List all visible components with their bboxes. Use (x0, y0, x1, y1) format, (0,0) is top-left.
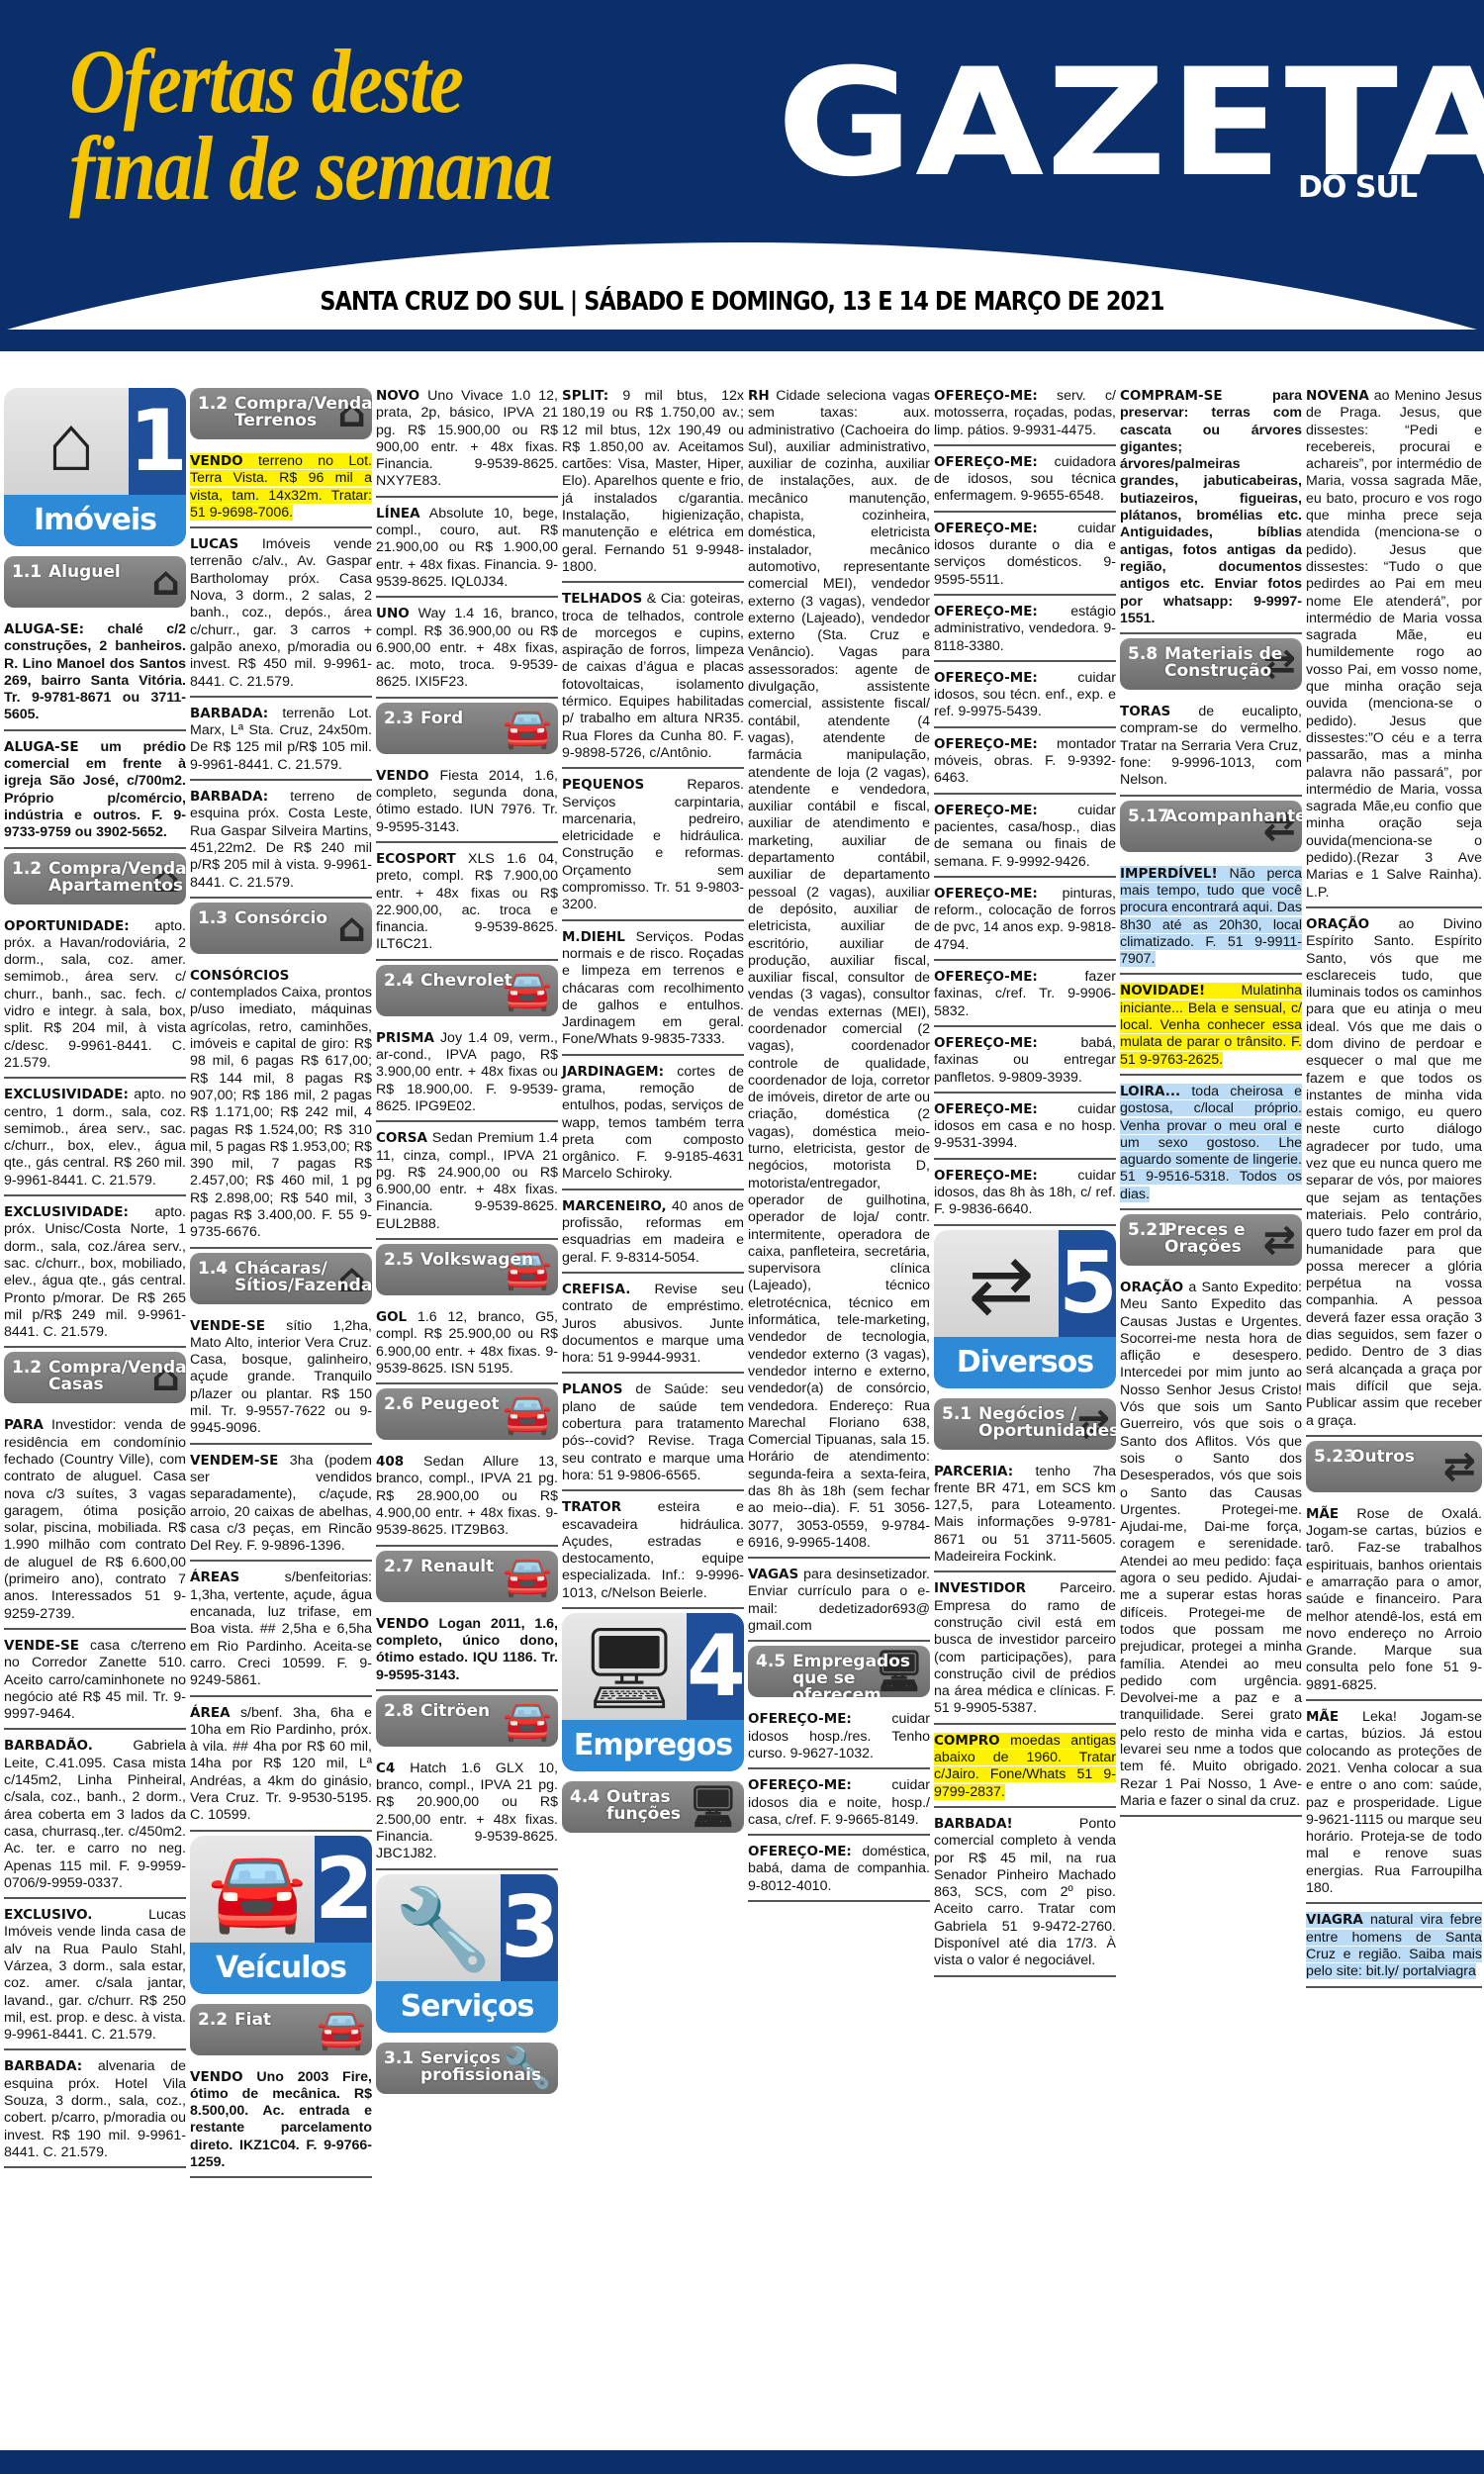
ad-keyword: ÁREAS (190, 1570, 239, 1585)
ad-keyword: OFEREÇO-ME: (934, 1101, 1038, 1117)
masthead: Ofertas deste final de semana GAZETA DO … (0, 0, 1484, 351)
classified-ad[interactable]: OFEREÇO-ME: pinturas, reform., colocação… (934, 882, 1116, 961)
ad-keyword: OPORTUNIDADE: (4, 918, 130, 934)
section-header-consorcio[interactable]: 1.3 Consórcio ⌂ (190, 903, 372, 954)
category-number: 1 (129, 388, 186, 495)
ad-text: Ponto comercial completo à venda por R$ … (934, 1816, 1116, 1968)
office-icon: 🖥 (572, 1623, 687, 1714)
classified-ad[interactable]: EXCLUSIVIDADE: apto. no centro, 1 dorm.,… (4, 1083, 186, 1196)
ad-keyword: OFEREÇO-ME: (748, 1844, 852, 1859)
tagline-line-1: Ofertas deste (69, 38, 607, 125)
ad-keyword: VENDO (376, 1616, 429, 1632)
classified-ad[interactable]: PEQUENOS Reparos. Serviços carpintaria, … (562, 773, 744, 920)
tagline-line-2: final de semana (69, 125, 607, 212)
section-number: 1.1 (12, 564, 42, 581)
section-title: Aluguel (48, 564, 167, 581)
classified-ad[interactable]: COMPRO moedas antigas abaixo de 1960. Tr… (934, 1729, 1116, 1808)
ad-keyword: OFEREÇO-ME: (748, 1777, 852, 1793)
section-number: 1.2 (12, 861, 42, 878)
ad-keyword: TELHADOS (562, 591, 642, 607)
ad-keyword: BARBADA: (190, 789, 268, 805)
classified-ad[interactable]: TORAS de eucalipto, compram-se do vermel… (1120, 700, 1302, 796)
ad-keyword: BARBADA: (190, 706, 268, 721)
ad-keyword: VAGAS (748, 1567, 798, 1582)
ad-text: a Santo Expedito: Meu Santo Expedito das… (1120, 1280, 1302, 1809)
section-header-outras-funcoes[interactable]: 4.4 Outras funções 🖥 (562, 1781, 744, 1833)
ad-text: toda cheirosa e gostosa, c/local próprio… (1120, 1084, 1302, 1202)
column-1: ⌂ 1 Imóveis 1.1 Aluguel ⌂ ALUGA-SE: chal… (4, 384, 186, 2172)
ad-keyword: ALUGA-SE (4, 739, 79, 755)
category-number: 4 (687, 1613, 744, 1720)
section-title: Preces e Orações (1164, 1222, 1283, 1256)
ad-keyword: OFEREÇO-ME: (934, 388, 1038, 404)
ad-keyword: OFEREÇO-ME: (934, 454, 1038, 470)
section-number: 1.4 (198, 1261, 228, 1278)
ad-keyword: C4 (376, 1760, 395, 1776)
ad-text: Parceiro. Empresa do ramo de construção … (934, 1580, 1116, 1716)
category-tile-diversos[interactable]: ⇄ 5 Diversos (934, 1230, 1116, 1388)
ad-text: ao Divino Espírito Santo. Espírito Santo… (1306, 916, 1482, 1429)
ad-keyword: OFEREÇO-ME: (934, 969, 1038, 985)
classified-ad[interactable]: VENDEM-SE 3ha (podem ser vendidos separa… (190, 1449, 372, 1563)
ad-list: CONSÓRCIOS contemplados Caixa, prontos p… (190, 964, 372, 1249)
classified-ad[interactable]: MÃE Leka! Jogam-se cartas, búzios. Já es… (1306, 1705, 1482, 1904)
column-7: COMPRAM-SE para preservar: terras com ca… (1120, 384, 1302, 1821)
classified-ad[interactable]: SPLIT: 9 mil btus, 12x 180,19 ou R$ 1.75… (562, 384, 744, 583)
footer-bar (0, 2450, 1484, 2474)
section-number: 5.23 (1314, 1449, 1355, 1466)
section-title: Negócios / Oportunidades (978, 1406, 1097, 1440)
column-5: RH Cidade seleciona vagas sem taxas: aux… (748, 384, 930, 1906)
ad-keyword: EXCLUSIVIDADE: (4, 1204, 129, 1220)
column-3: NOVO Uno Vivace 1.0 12, prata, 2p, básic… (376, 384, 558, 2104)
category-tile-imoveis[interactable]: ⌂ 1 Imóveis (4, 388, 186, 546)
classified-ad[interactable]: BARBADA: alvenaria de esquina próx. Hote… (4, 2054, 186, 2168)
section-number: 1.2 (12, 1360, 42, 1377)
section-title: Ford (420, 711, 539, 727)
ad-keyword: SPLIT: (562, 388, 608, 404)
ad-keyword: OFEREÇO-ME: (934, 604, 1038, 619)
classified-ad[interactable]: OFEREÇO-ME: cuidar idosos, das 8h às 18h… (934, 1164, 1116, 1226)
classified-ad[interactable]: OFEREÇO-ME: doméstica, babá, dama de com… (748, 1840, 930, 1902)
ad-keyword: ORAÇÃO (1120, 1280, 1183, 1295)
section-number: 1.3 (198, 910, 228, 927)
ad-text: apto. próx. a Havan/rodoviária, 2 dorm.,… (4, 918, 186, 1071)
ad-text: Investidor: venda de residência em condo… (4, 1417, 186, 1621)
section-title: Compra/Venda Casas (48, 1360, 167, 1393)
classified-ad[interactable]: MARCENEIRO, 40 anos de profissão, reform… (562, 1194, 744, 1274)
classified-ad[interactable]: OFEREÇO-ME: estágio administrativo, vend… (934, 600, 1116, 662)
section-number: 5.8 (1128, 646, 1158, 663)
classified-ad[interactable]: PLANOS de Saúde: seu plano de saúde tem … (562, 1378, 744, 1491)
ad-keyword: COMPRAM-SE (1120, 388, 1223, 404)
ad-text: & Cia: goteiras, troca de telhados, cont… (562, 591, 744, 761)
ad-keyword: NOVO (376, 388, 419, 404)
ad-keyword: OFEREÇO-ME: (934, 670, 1038, 686)
section-header-materiais[interactable]: 5.8 Materiais de Construção ⇄ (1120, 638, 1302, 690)
category-label: Serviços (376, 1981, 558, 2033)
section-title: Renault (420, 1559, 539, 1575)
ad-keyword: NOVIDADE! (1120, 983, 1205, 999)
classified-ad[interactable]: ÁREAS s/benfeitorias: 1,3ha, vertente, a… (190, 1566, 372, 1696)
classified-ad[interactable]: VENDE-SE sítio 1,2ha, Mato Alto, interio… (190, 1314, 372, 1445)
ad-list: NOVENA ao Menino Jesus de Praga. Jesus, … (1306, 384, 1482, 1437)
ad-list: VENDO terreno no Lot. Terra Vista. R$ 96… (190, 449, 372, 899)
ad-keyword: ECOSPORT (376, 851, 456, 867)
classified-ad[interactable]: VENDO Fiesta 2014, 1.6, completo, segund… (376, 764, 558, 843)
ad-list: OFEREÇO-ME: serv. c/ motosserra, roçadas… (934, 384, 1116, 1226)
category-label: Veículos (190, 1943, 372, 1994)
section-title: Citröen (420, 1703, 539, 1720)
classified-ad[interactable]: 408 Sedan Allure 13, branco, compl., IPV… (376, 1450, 558, 1546)
section-title: Volkswagen (420, 1252, 539, 1269)
gazeta-logo-sub: DO SUL (1298, 170, 1417, 205)
classified-ad[interactable]: OFEREÇO-ME: cuidar idosos em casa e no h… (934, 1097, 1116, 1160)
ad-list: OFEREÇO-ME: cuidar idosos hosp./res. Ten… (748, 1707, 930, 1902)
section-number: 2.2 (198, 2012, 228, 2029)
section-header-chacaras[interactable]: 1.4 Chácaras/ Sítios/Fazendas ⌂ (190, 1253, 372, 1304)
section-number: 2.3 (384, 711, 414, 727)
ad-keyword: BARBADA! (934, 1816, 1013, 1832)
ad-text: s/benf. 3ha, 6ha e 10ha em Rio Pardinho,… (190, 1705, 372, 1824)
ad-keyword: MÃE (1306, 1506, 1339, 1522)
section-number: 2.5 (384, 1252, 414, 1269)
category-label: Empregos (562, 1720, 744, 1771)
classified-ad[interactable]: OFEREÇO-ME: cuidar idosos, sou técn. enf… (934, 666, 1116, 728)
classified-ad[interactable]: COMPRAM-SE para preservar: terras com ca… (1120, 384, 1302, 634)
section-number: 2.7 (384, 1559, 414, 1575)
classified-ad[interactable]: OFEREÇO-ME: cuidar idosos hosp./res. Ten… (748, 1707, 930, 1769)
wrench-icon: 🔧 (386, 1884, 501, 1975)
classified-ad[interactable]: TELHADOS & Cia: goteiras, troca de telha… (562, 587, 744, 769)
section-title: Outros (1350, 1449, 1469, 1466)
classified-ad[interactable]: ALUGA-SE um prédio comercial em frente à… (4, 735, 186, 849)
classified-ad[interactable]: INVESTIDOR Parceiro. Empresa do ramo de … (934, 1576, 1116, 1724)
classified-ad[interactable]: BARBADA: terrenão Lot. Marx, Lª Sta. Cru… (190, 702, 372, 781)
classified-ad[interactable]: VIAGRA natural vira febre entre homens d… (1306, 1908, 1482, 1987)
classified-ad[interactable]: OPORTUNIDADE: apto. próx. a Havan/rodovi… (4, 914, 186, 1080)
section-header-acompanhantes[interactable]: 5.17 Acompanhantes ⇄ (1120, 801, 1302, 852)
category-number: 3 (501, 1874, 558, 1981)
classified-ad[interactable]: VENDO terreno no Lot. Terra Vista. R$ 96… (190, 449, 372, 528)
ad-text: Sedan Allure 13, branco, compl., IPVA 21… (376, 1454, 558, 1538)
ad-text: contemplados Caixa, prontos p/uso imedia… (190, 985, 372, 1240)
ad-keyword: BARBADA: (4, 2058, 82, 2074)
ad-keyword: OFEREÇO-ME: (934, 736, 1038, 752)
classified-ad[interactable]: BARBADÃO. Gabriela Leite, C.41.095. Casa… (4, 1734, 186, 1899)
section-header-citroen[interactable]: 2.8 Citröen 🚘 (376, 1695, 558, 1747)
ad-keyword: COMPRO (934, 1733, 1000, 1749)
ad-keyword: PARCERIA: (934, 1464, 1013, 1479)
ad-list: PARA Investidor: venda de residência em … (4, 1413, 186, 2168)
section-title: Empregados que se oferecem (792, 1654, 911, 1697)
classified-ad[interactable]: VENDO Uno 2003 Fire, ótimo de mecânica. … (190, 2065, 372, 2179)
classified-ad[interactable]: ÁREA s/benf. 3ha, 6ha e 10ha em Rio Pard… (190, 1701, 372, 1832)
section-title: Materiais de Construção (1164, 646, 1283, 680)
classified-ad[interactable]: MÃE Rose de Oxalá. Jogam-se cartas, búzi… (1306, 1502, 1482, 1701)
ad-keyword: EXCLUSIVIDADE: (4, 1087, 129, 1102)
ad-text: Reparos. Serviços carpintaria, marcenari… (562, 777, 744, 912)
column-8: NOVENA ao Menino Jesus de Praga. Jesus, … (1306, 384, 1482, 1992)
section-title: Outras funções (606, 1789, 725, 1823)
section-header-chevrolet[interactable]: 2.4 Chevrolet 🚘 (376, 965, 558, 1016)
ad-keyword: TRATOR (562, 1499, 621, 1515)
house-icon: ⌂ (14, 398, 129, 489)
section-header-volkswagen[interactable]: 2.5 Volkswagen 🚘 (376, 1244, 558, 1295)
ad-keyword: CORSA (376, 1130, 427, 1146)
classified-ad[interactable]: ORAÇÃO ao Divino Espírito Santo. Espírit… (1306, 912, 1482, 1437)
ad-keyword: INVESTIDOR (934, 1580, 1026, 1596)
ad-list: GOL 1.6 12, branco, G5, compl. R$ 25.900… (376, 1305, 558, 1384)
section-header-empregados[interactable]: 4.5 Empregados que se oferecem 🖥 (748, 1646, 930, 1697)
ad-keyword: BARBADÃO. (4, 1738, 93, 1754)
section-title: Consórcio (234, 910, 353, 927)
section-number: 4.5 (756, 1654, 786, 1670)
section-header-ford[interactable]: 2.3 Ford 🚘 (376, 703, 558, 754)
ad-keyword: VENDO (190, 453, 243, 469)
section-title: Peugeot (420, 1396, 539, 1413)
classified-ad[interactable]: OFEREÇO-ME: cuidar idosos dia e noite, h… (748, 1773, 930, 1836)
ad-keyword: PARA (4, 1417, 44, 1433)
ad-text: Serviços. Podas normais e de risco. Roça… (562, 929, 744, 1048)
ad-keyword: GOL (376, 1309, 407, 1325)
ad-keyword: LOIRA... (1120, 1084, 1180, 1099)
classified-ad[interactable]: EXCLUSIVIDADE: apto. próx. Unisc/Costa N… (4, 1200, 186, 1348)
ad-keyword: IMPERDÍVEL! (1120, 866, 1218, 882)
dateline: SANTA CRUZ DO SUL | SÁBADO E DOMINGO, 13… (104, 287, 1380, 317)
classified-ad[interactable]: CONSÓRCIOS contemplados Caixa, prontos p… (190, 964, 372, 1249)
ad-list: PRISMA Joy 1.4 09, verm., ar-cond., IPVA… (376, 1026, 558, 1240)
masthead-band (0, 330, 1484, 351)
ad-keyword: OFEREÇO-ME: (934, 521, 1038, 536)
car-icon: 🚘 (200, 1846, 315, 1937)
section-header-aluguel[interactable]: 1.1 Aluguel ⌂ (4, 556, 186, 608)
ad-list: C4 Hatch 1.6 GLX 10, branco, compl., IPV… (376, 1757, 558, 1870)
classified-ad[interactable]: M.DIEHL Serviços. Podas normais e de ris… (562, 925, 744, 1056)
category-tile-veiculos[interactable]: 🚘 2 Veículos (190, 1836, 372, 1994)
classified-ad[interactable]: OFEREÇO-ME: cuidar idosos durante o dia … (934, 517, 1116, 596)
classified-ad[interactable]: RH Cidade seleciona vagas sem taxas: aux… (748, 384, 930, 1559)
ad-keyword: CONSÓRCIOS (190, 968, 289, 984)
classified-ad[interactable]: C4 Hatch 1.6 GLX 10, branco, compl., IPV… (376, 1757, 558, 1870)
ad-keyword: ALUGA-SE: (4, 621, 84, 637)
section-header-apartamentos[interactable]: 1.2 Compra/Venda Apartamentos ⌂ (4, 853, 186, 904)
ad-list: MÃE Rose de Oxalá. Jogam-se cartas, búzi… (1306, 1502, 1482, 1988)
section-header-preces[interactable]: 5.21 Preces e Orações ⇄ (1120, 1214, 1302, 1266)
category-label: Imóveis (4, 495, 186, 546)
ad-list: COMPRAM-SE para preservar: terras com ca… (1120, 384, 1302, 634)
ad-keyword: RH (748, 388, 770, 404)
ad-keyword: NOVENA (1306, 388, 1369, 404)
section-title: Acompanhantes (1164, 809, 1283, 825)
ad-text: 9 mil btus, 12x 180,19 ou R$ 1.750,00 av… (562, 388, 744, 575)
classified-ad[interactable]: BARBADA! Ponto comercial completo à vend… (934, 1812, 1116, 1977)
ad-text: Gabriela Leite, C.41.095. Casa mista c/1… (4, 1738, 186, 1890)
classified-ad[interactable]: OFEREÇO-ME: cuidadora de idosos, sou téc… (934, 450, 1116, 513)
ad-list: ALUGA-SE: chalé c/2 construções, 2 banhe… (4, 618, 186, 849)
classified-ad[interactable]: UNO Way 1.4 16, branco, compl. R$ 36.900… (376, 602, 558, 698)
classified-ad[interactable]: OFEREÇO-ME: serv. c/ motosserra, roçadas… (934, 384, 1116, 446)
classified-ad[interactable]: NOVIDADE! Mulatinha iniciante... Bela e … (1120, 979, 1302, 1075)
ad-list: OPORTUNIDADE: apto. próx. a Havan/rodovi… (4, 914, 186, 1349)
section-number: 5.1 (942, 1406, 972, 1423)
ad-list: VENDO Logan 2011, 1.6, completo, único d… (376, 1612, 558, 1691)
ad-text: Cidade seleciona vagas sem taxas: aux. a… (748, 388, 930, 1551)
ad-list: ORAÇÃO a Santo Expedito: Meu Santo Exped… (1120, 1276, 1302, 1817)
classified-ad[interactable]: PARA Investidor: venda de residência em … (4, 1413, 186, 1630)
category-number: 2 (315, 1836, 372, 1943)
d-arrows-icon: ⇄ (944, 1240, 1059, 1331)
classified-ad[interactable]: VENDE-SE casa c/terreno no Corredor Zane… (4, 1634, 186, 1730)
ad-keyword: UNO (376, 606, 410, 621)
ad-list: VENDO Fiesta 2014, 1.6, completo, segund… (376, 764, 558, 961)
classified-ad[interactable]: TRATOR esteira e escavadeira hidráulica.… (562, 1495, 744, 1609)
column-6: OFEREÇO-ME: serv. c/ motosserra, roçadas… (934, 384, 1116, 1981)
ad-list: 408 Sedan Allure 13, branco, compl., IPV… (376, 1450, 558, 1546)
section-number: 1.2 (198, 396, 228, 413)
classified-ad[interactable]: NOVO Uno Vivace 1.0 12, prata, 2p, básic… (376, 384, 558, 498)
ad-keyword: OFEREÇO-ME: (934, 803, 1038, 818)
section-number: 5.17 (1128, 809, 1169, 825)
ad-keyword: VENDE-SE (4, 1638, 79, 1654)
classified-ad[interactable]: EXCLUSIVO. Lucas Imóveis vende linda cas… (4, 1903, 186, 2050)
ad-keyword: TORAS (1120, 704, 1170, 719)
category-tile-servicos[interactable]: 🔧 3 Serviços (376, 1874, 558, 2033)
classified-ad[interactable]: IMPERDÍVEL! Não perca mais tempo, tudo q… (1120, 862, 1302, 976)
classified-ad[interactable]: OFEREÇO-ME: montador móveis, obras. F. 9… (934, 732, 1116, 795)
section-header-negocios[interactable]: 5.1 Negócios / Oportunidades ⇄ (934, 1398, 1116, 1450)
ad-list: RH Cidade seleciona vagas sem taxas: aux… (748, 384, 930, 1642)
ad-list: PARCERIA: tenho 7ha frente BR 471, em SC… (934, 1460, 1116, 1977)
ad-list: IMPERDÍVEL! Não perca mais tempo, tudo q… (1120, 862, 1302, 1210)
tagline: Ofertas deste final de semana (69, 38, 607, 212)
classified-ad[interactable]: BARBADA: terreno de esquina próx. Costa … (190, 785, 372, 899)
ad-keyword: MARCENEIRO, (562, 1198, 667, 1214)
ad-text: Hatch 1.6 GLX 10, branco, compl., IPVA 2… (376, 1760, 558, 1861)
section-number: 2.6 (384, 1396, 414, 1413)
section-number: 3.1 (384, 2050, 414, 2067)
classified-ad[interactable]: VENDO Logan 2011, 1.6, completo, único d… (376, 1612, 558, 1691)
column-4: SPLIT: 9 mil btus, 12x 180,19 ou R$ 1.75… (562, 384, 744, 1843)
section-number: 2.4 (384, 973, 414, 990)
classified-ad[interactable]: JARDINAGEM: cortes de grama, remoção de … (562, 1060, 744, 1190)
classified-ad[interactable]: VAGAS para desinsetizador. Enviar curríc… (748, 1563, 930, 1642)
section-number: 4.4 (570, 1789, 600, 1806)
ad-list: VENDO Uno 2003 Fire, ótimo de mecânica. … (190, 2065, 372, 2179)
classified-ad[interactable]: PARCERIA: tenho 7ha frente BR 471, em SC… (934, 1460, 1116, 1573)
ad-keyword: OFEREÇO-ME: (934, 1035, 1038, 1051)
ad-text: sítio 1,2ha, Mato Alto, interior Vera Cr… (190, 1318, 372, 1437)
section-header-fiat[interactable]: 2.2 Fiat 🚘 (190, 2004, 372, 2055)
classified-ad[interactable]: ORAÇÃO a Santo Expedito: Meu Santo Exped… (1120, 1276, 1302, 1817)
classified-ad[interactable]: GOL 1.6 12, branco, G5, compl. R$ 25.900… (376, 1305, 558, 1384)
section-title: Chácaras/ Sítios/Fazendas (234, 1261, 353, 1294)
classified-ad[interactable]: CORSA Sedan Premium 1.4 11, cinza, compl… (376, 1126, 558, 1240)
ad-keyword: LUCAS (190, 536, 238, 552)
ad-text: para preservar: terras com cascata ou ár… (1120, 388, 1302, 626)
ad-text: Rose de Oxalá. Jogam-se cartas, búzios e… (1306, 1506, 1482, 1693)
section-title: Serviços profissionais (420, 2050, 539, 2084)
ad-keyword: OFEREÇO-ME: (934, 886, 1038, 902)
ad-keyword: 408 (376, 1454, 404, 1470)
ad-text: apto. próx. Unisc/Costa Norte, 1 dorm., … (4, 1204, 186, 1340)
section-header-peugeot[interactable]: 2.6 Peugeot 🚘 (376, 1388, 558, 1440)
ad-keyword: PLANOS (562, 1381, 622, 1397)
classified-ad[interactable]: OFEREÇO-ME: cuidar pacientes, casa/hosp.… (934, 799, 1116, 878)
ad-text: ao Menino Jesus de Praga. Jesus, que dis… (1306, 388, 1482, 901)
ad-keyword: PEQUENOS (562, 777, 644, 793)
ad-keyword: ÁREA (190, 1705, 231, 1721)
ad-keyword: ORAÇÃO (1306, 916, 1369, 932)
section-title: Fiat (234, 2012, 353, 2029)
ad-keyword: PRISMA (376, 1030, 434, 1046)
column-2: 1.2 Compra/Venda Terrenos ⌂ VENDO terren… (190, 384, 372, 2182)
ad-keyword: LÍNEA (376, 506, 420, 522)
section-title: Chevrolet (420, 973, 539, 990)
ad-keyword: VENDO (376, 768, 429, 784)
section-header-renault[interactable]: 2.7 Renault 🚘 (376, 1551, 558, 1602)
ad-text: Lucas Imóveis vende linda casa de alv na… (4, 1907, 186, 2043)
classified-ad[interactable]: OFEREÇO-ME: babá, faxinas ou entregar pa… (934, 1031, 1116, 1094)
ad-list: TORAS de eucalipto, compram-se do vermel… (1120, 700, 1302, 796)
ad-text: Leka! Jogam-se cartas, búzios. Já estou … (1306, 1709, 1482, 1896)
classified-ad[interactable]: NOVENA ao Menino Jesus de Praga. Jesus, … (1306, 384, 1482, 908)
classified-ad[interactable]: LUCAS Imóveis vende terrenão c/alv., Av.… (190, 532, 372, 698)
category-tile-empregos[interactable]: 🖥 4 Empregos (562, 1613, 744, 1771)
ad-keyword: OFEREÇO-ME: (748, 1711, 852, 1727)
classified-ad[interactable]: PRISMA Joy 1.4 09, verm., ar-cond., IPVA… (376, 1026, 558, 1122)
section-title: Compra/Venda Terrenos (234, 396, 353, 429)
section-number: 2.8 (384, 1703, 414, 1720)
ad-keyword: VIAGRA (1306, 1912, 1363, 1928)
section-title: Compra/Venda Apartamentos (48, 861, 167, 895)
section-header-casas[interactable]: 1.2 Compra/Venda Casas ⌂ (4, 1352, 186, 1403)
section-header-servicos-profissionais[interactable]: 3.1 Serviços profissionais 🔧 (376, 2043, 558, 2094)
section-number: 5.21 (1128, 1222, 1169, 1239)
section-header-outros[interactable]: 5.23 Outros ⇄ (1306, 1441, 1482, 1492)
ad-keyword: MÃE (1306, 1709, 1339, 1725)
ad-list: VENDE-SE sítio 1,2ha, Mato Alto, interio… (190, 1314, 372, 1832)
classified-ad[interactable]: LÍNEA Absolute 10, bege, compl., couro, … (376, 502, 558, 598)
ad-text: Imóveis vende terrenão c/alv., Av. Gaspa… (190, 536, 372, 689)
ad-list: SPLIT: 9 mil btus, 12x 180,19 ou R$ 1.75… (562, 384, 744, 1609)
classified-ad[interactable]: CREFISA. Revise seu contrato de emprésti… (562, 1278, 744, 1374)
classified-ad[interactable]: ALUGA-SE: chalé c/2 construções, 2 banhe… (4, 618, 186, 731)
ad-list: NOVO Uno Vivace 1.0 12, prata, 2p, básic… (376, 384, 558, 699)
ad-keyword: JARDINAGEM: (562, 1064, 664, 1080)
ad-keyword: VENDEM-SE (190, 1453, 278, 1469)
classifieds-page: ⌂ 1 Imóveis 1.1 Aluguel ⌂ ALUGA-SE: chal… (4, 384, 1482, 2442)
ad-keyword: VENDE-SE (190, 1318, 265, 1334)
ad-keyword: OFEREÇO-ME: (934, 1168, 1038, 1184)
category-number: 5 (1059, 1230, 1116, 1337)
classified-ad[interactable]: LOIRA... toda cheirosa e gostosa, c/loca… (1120, 1080, 1302, 1210)
classified-ad[interactable]: OFEREÇO-ME: fazer faxinas, c/ref. Tr. 9-… (934, 965, 1116, 1027)
ad-keyword: M.DIEHL (562, 929, 625, 945)
category-label: Diversos (934, 1337, 1116, 1388)
ad-keyword: EXCLUSIVO. (4, 1907, 92, 1923)
classified-ad[interactable]: ECOSPORT XLS 1.6 04, preto, compl. R$ 7.… (376, 847, 558, 961)
ad-keyword: CREFISA. (562, 1282, 630, 1297)
ad-text: s/benfeitorias: 1,3ha, vertente, açude, … (190, 1570, 372, 1688)
ad-text: cortes de grama, remoção de entulhos, po… (562, 1064, 744, 1183)
ad-keyword: VENDO (190, 2069, 243, 2085)
section-header-terrenos[interactable]: 1.2 Compra/Venda Terrenos ⌂ (190, 388, 372, 439)
